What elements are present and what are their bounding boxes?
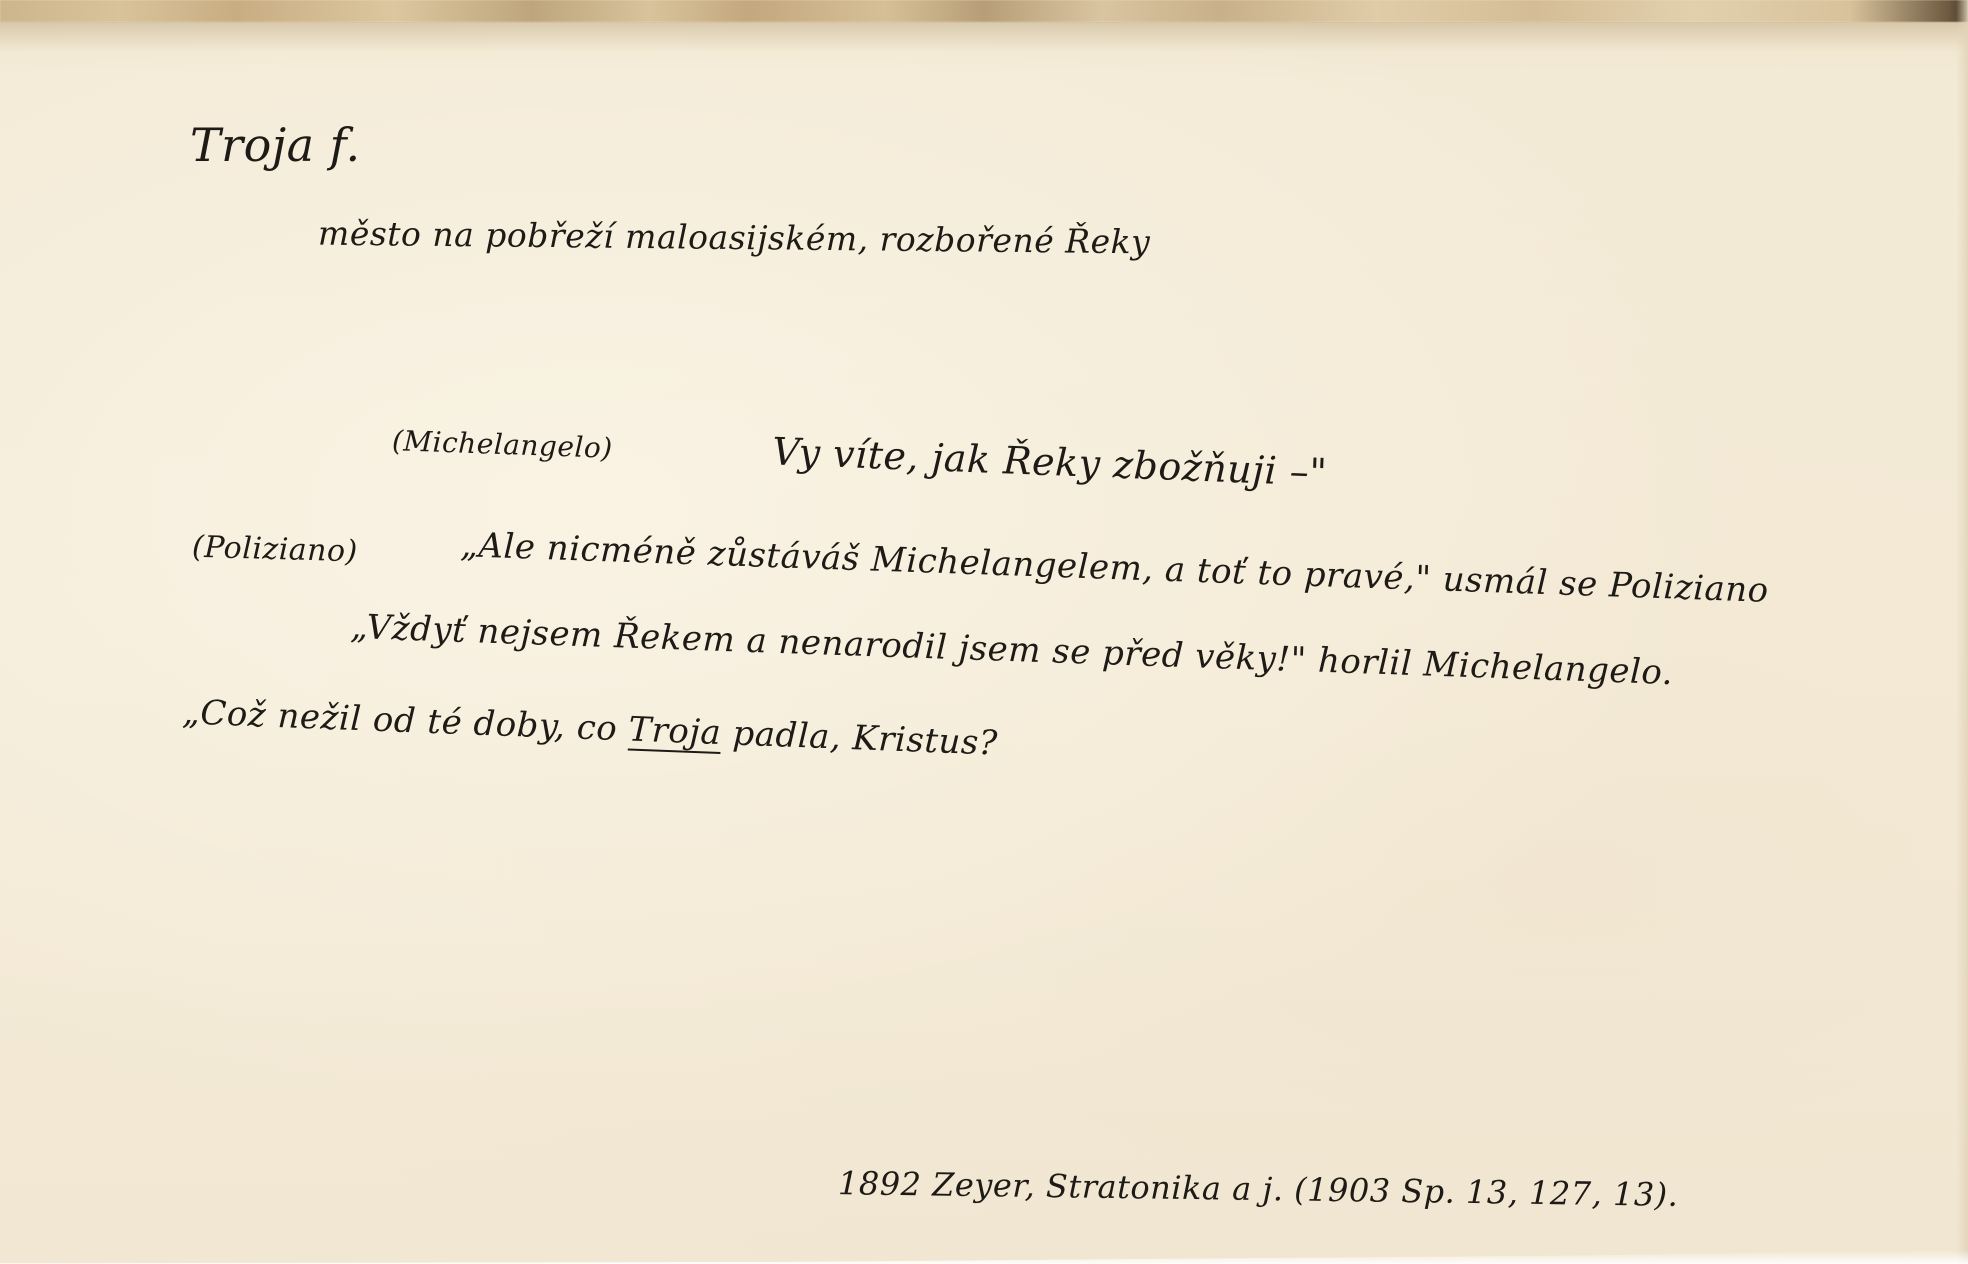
binding-shadow	[0, 22, 1968, 52]
binding-strip	[0, 0, 1968, 22]
speaker-label-poliziano: (Poliziano)	[192, 530, 359, 570]
quote-line-4-suffix: padla, Kristus?	[720, 713, 998, 764]
quote-line-3: „Vždyť nejsem Řekem a nenarodil jsem se …	[350, 607, 1674, 693]
card-edge	[1956, 0, 1968, 1264]
citation-slip: Troja f. město na pobřeží maloasijském, …	[0, 0, 1968, 1264]
headword: Troja f.	[190, 118, 361, 172]
source-citation: 1892 Zeyer, Stratonika a j. (1903 Sp. 13…	[838, 1164, 1679, 1214]
card-corner	[0, 1250, 1968, 1264]
speaker-label-michelangelo: (Michelangelo)	[391, 424, 613, 465]
quote-line-4-prefix: „Což nežil od té doby, co	[182, 692, 630, 749]
quote-line-2: „Ale nicméně zůstáváš Michelangelem, a t…	[460, 525, 1770, 611]
definition: město na pobřeží maloasijském, rozbořené…	[318, 214, 1151, 262]
quote-line-4: „Což nežil od té doby, co Troja padla, K…	[182, 692, 999, 763]
quote-line-1: Vy víte, jak Řeky zbožňuji –"	[771, 429, 1328, 494]
underlined-headword: Troja	[628, 709, 722, 753]
